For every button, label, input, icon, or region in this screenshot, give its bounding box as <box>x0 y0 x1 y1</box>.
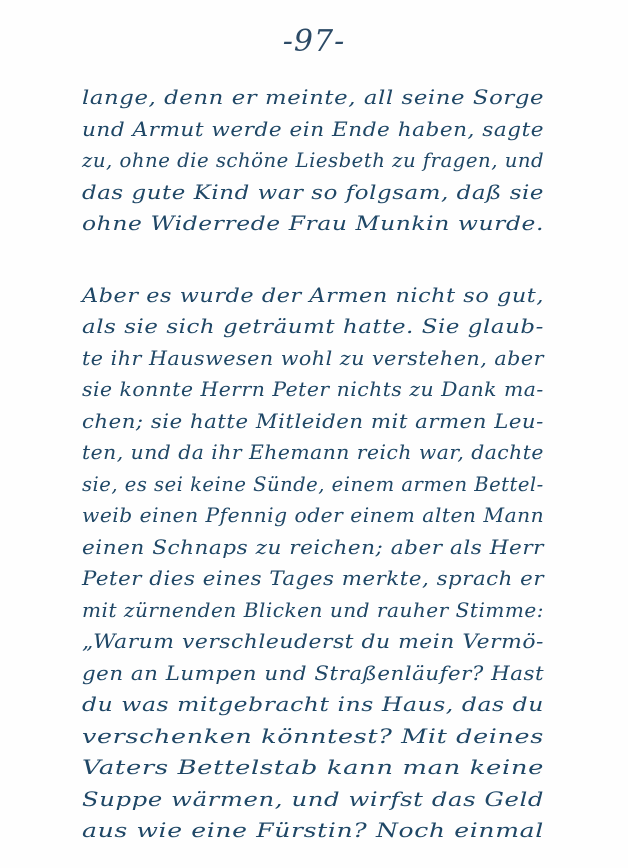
line-text: Suppe wärmen, und wirfst das Geld <box>82 784 544 816</box>
manuscript-line: Suppe wärmen, und wirfst das Geld <box>82 784 552 816</box>
line-text: mit zürnenden Blicken und rauher Stimme: <box>82 595 544 627</box>
line-text: Vaters Bettelstab kann man keine <box>82 752 544 784</box>
line-text: Peter dies eines Tages merkte, sprach er <box>82 563 544 595</box>
paragraph: lange, denn er meinte, all seine Sorgeun… <box>82 82 552 240</box>
manuscript-line: Vaters Bettelstab kann man keine <box>82 752 552 784</box>
manuscript-page: -97- lange, denn er meinte, all seine So… <box>0 0 628 868</box>
line-text: als sie sich geträumt hatte. Sie glaub- <box>82 311 544 343</box>
manuscript-line: weib einen Pfennig oder einem alten Mann <box>82 500 552 532</box>
paragraph-gap <box>82 240 552 280</box>
manuscript-line: Aber es wurde der Armen nicht so gut, <box>82 280 552 312</box>
line-text: sie konnte Herrn Peter nichts zu Dank ma… <box>82 374 544 406</box>
manuscript-line: „Warum verschleuderst du mein Vermö- <box>82 626 552 658</box>
line-text: einen Schnaps zu reichen; aber als Herr <box>82 532 544 564</box>
line-text: ten, und da ihr Ehemann reich war, dacht… <box>82 437 544 469</box>
manuscript-line: das gute Kind war so folgsam, daß sie <box>82 177 552 209</box>
manuscript-line: als sie sich geträumt hatte. Sie glaub- <box>82 311 552 343</box>
line-text: verschenken könntest? Mit deines <box>82 721 544 753</box>
manuscript-line: ohne Widerrede Frau Munkin wurde. <box>82 208 552 240</box>
handwritten-text-block: lange, denn er meinte, all seine Sorgeun… <box>82 82 552 847</box>
line-text: du was mitgebracht ins Haus, das du <box>82 689 544 721</box>
line-text: chen; sie hatte Mitleiden mit armen Leu- <box>82 406 544 438</box>
manuscript-line: ten, und da ihr Ehemann reich war, dacht… <box>82 437 552 469</box>
line-text: das gute Kind war so folgsam, daß sie <box>82 177 544 209</box>
line-text: lange, denn er meinte, all seine Sorge <box>82 82 544 114</box>
manuscript-line: verschenken könntest? Mit deines <box>82 721 552 753</box>
manuscript-line: chen; sie hatte Mitleiden mit armen Leu- <box>82 406 552 438</box>
manuscript-line: sie, es sei keine Sünde, einem armen Bet… <box>82 469 552 501</box>
manuscript-line: Peter dies eines Tages merkte, sprach er <box>82 563 552 595</box>
manuscript-line: lange, denn er meinte, all seine Sorge <box>82 82 552 114</box>
manuscript-line: und Armut werde ein Ende haben, sagte <box>82 114 552 146</box>
line-text: zu, ohne die schöne Liesbeth zu fragen, … <box>82 145 544 177</box>
manuscript-line: zu, ohne die schöne Liesbeth zu fragen, … <box>82 145 552 177</box>
manuscript-line: gen an Lumpen und Straßenläufer? Hast <box>82 658 552 690</box>
manuscript-line: te ihr Hauswesen wohl zu verstehen, aber <box>82 343 552 375</box>
manuscript-line: aus wie eine Fürstin? Noch einmal <box>82 815 552 847</box>
line-text: sie, es sei keine Sünde, einem armen Bet… <box>82 469 544 501</box>
line-text: „Warum verschleuderst du mein Vermö- <box>82 626 544 658</box>
manuscript-line: du was mitgebracht ins Haus, das du <box>82 689 552 721</box>
paragraph: Aber es wurde der Armen nicht so gut,als… <box>82 280 552 847</box>
line-text: und Armut werde ein Ende haben, sagte <box>82 114 544 146</box>
manuscript-line: einen Schnaps zu reichen; aber als Herr <box>82 532 552 564</box>
manuscript-line: sie konnte Herrn Peter nichts zu Dank ma… <box>82 374 552 406</box>
manuscript-line: mit zürnenden Blicken und rauher Stimme: <box>82 595 552 627</box>
line-text: aus wie eine Fürstin? Noch einmal <box>82 815 544 847</box>
line-text: te ihr Hauswesen wohl zu verstehen, aber <box>82 343 544 375</box>
line-text: Aber es wurde der Armen nicht so gut, <box>82 280 544 312</box>
page-number: -97- <box>0 24 628 59</box>
line-text: ohne Widerrede Frau Munkin wurde. <box>82 208 544 240</box>
line-text: weib einen Pfennig oder einem alten Mann <box>82 500 544 532</box>
line-text: gen an Lumpen und Straßenläufer? Hast <box>82 658 544 690</box>
